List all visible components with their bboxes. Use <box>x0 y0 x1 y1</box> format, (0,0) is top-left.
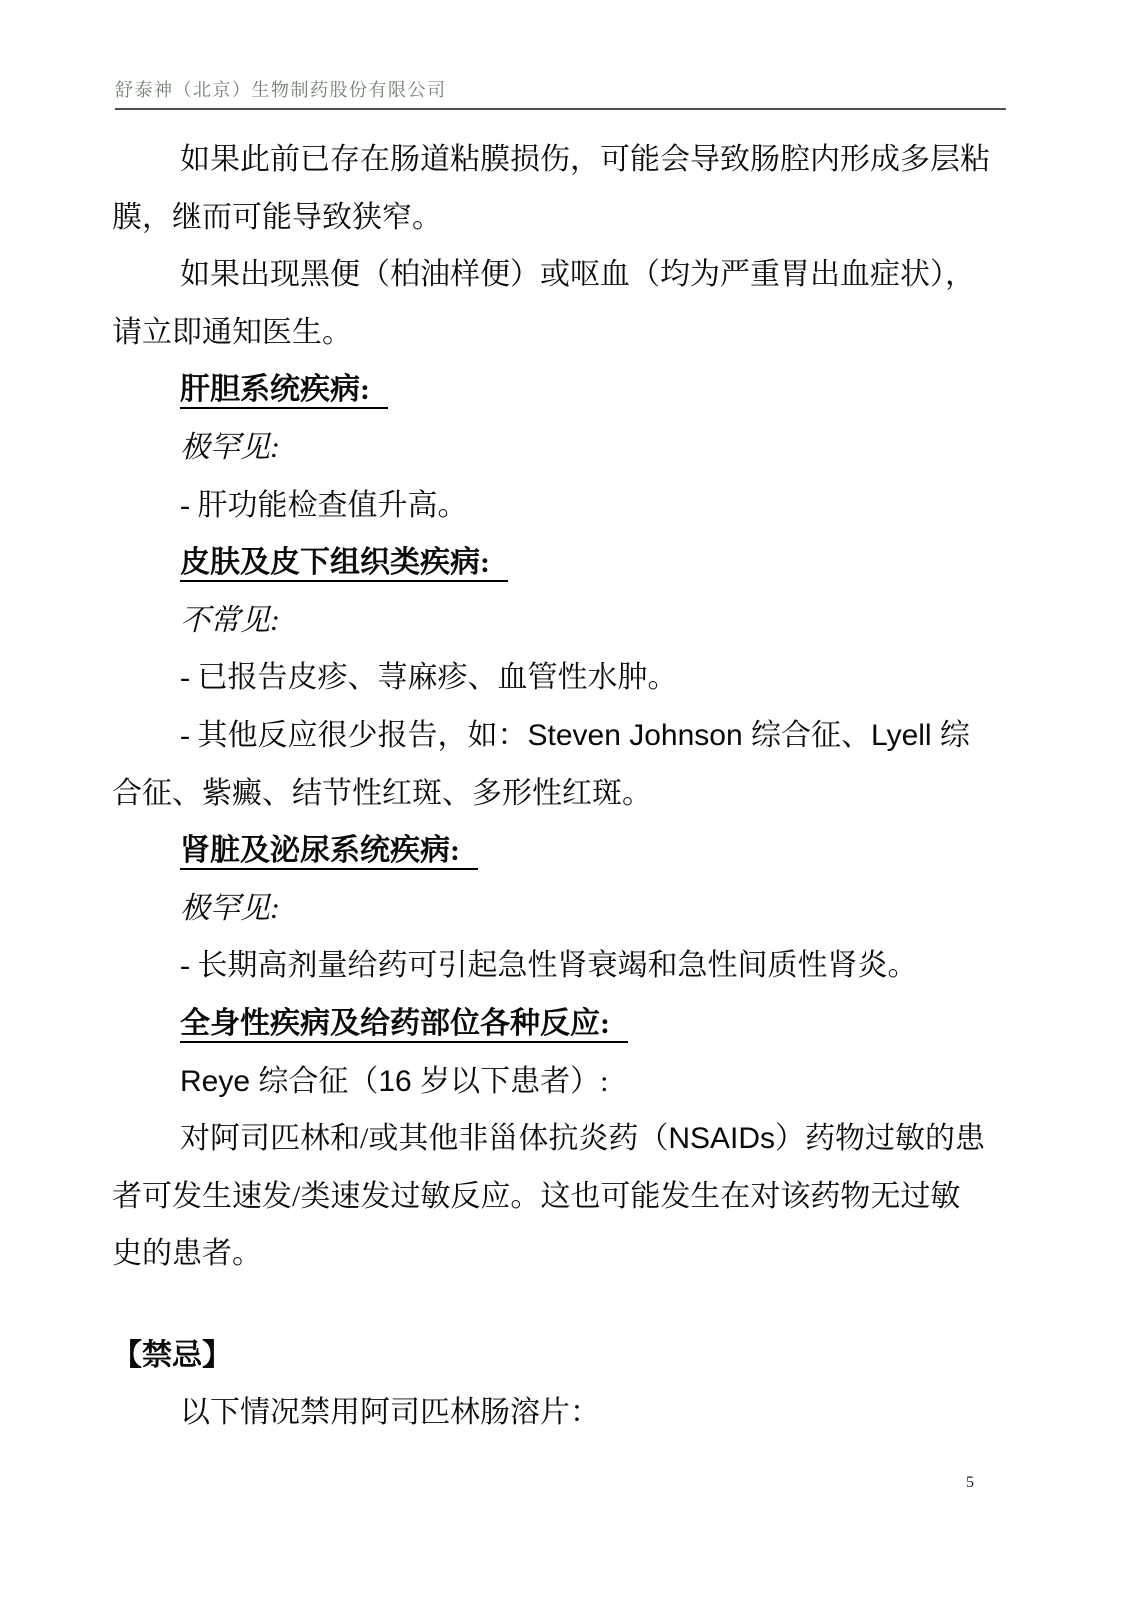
document-line: 极罕见: <box>112 419 1017 477</box>
heading-underlined-text: 皮肤及皮下组织类疾病: <box>180 546 508 582</box>
document-line: 合征、紫癜、结节性红斑、多形性红斑。 <box>112 765 1017 823</box>
document-line: 如果出现黑便（柏油样便）或呕血（均为严重胃出血症状）， <box>112 246 1017 304</box>
document-line: - 其他反应很少报告，如：Steven Johnson 综合征、Lyell 综 <box>112 707 1017 765</box>
document-section-heading: 肾脏及泌尿系统疾病: <box>112 822 1017 880</box>
document-line: - 长期高剂量给药可引起急性肾衰竭和急性间质性肾炎。 <box>112 937 1017 995</box>
document-section-heading: 全身性疾病及给药部位各种反应: <box>112 995 1017 1053</box>
document-line: 请立即通知医生。 <box>112 304 1017 362</box>
heading-underlined-text: 肝胆系统疾病: <box>180 373 388 409</box>
document-line: 者可发生速发/类速发过敏反应。这也可能发生在对该药物无过敏 <box>112 1168 1017 1226</box>
document-section-heading: 皮肤及皮下组织类疾病: <box>112 534 1017 592</box>
page-header-company-name: 舒泰神（北京）生物制药股份有限公司 <box>115 76 1006 110</box>
document-line: - 肝功能检查值升高。 <box>112 477 1017 535</box>
document-line: 如果此前已存在肠道粘膜损伤，可能会导致肠腔内形成多层粘 <box>112 131 1017 189</box>
heading-underlined-text: 肾脏及泌尿系统疾病: <box>180 834 478 870</box>
document-line: 以下情况禁用阿司匹林肠溶片： <box>112 1384 1017 1442</box>
document-line: Reye 综合征（16 岁以下患者）: <box>112 1053 1017 1111</box>
document-line: 不常见: <box>112 592 1017 650</box>
document-page: 舒泰神（北京）生物制药股份有限公司 如果此前已存在肠道粘膜损伤，可能会导致肠腔内… <box>0 0 1131 1600</box>
document-line: 对阿司匹林和/或其他非甾体抗炎药（NSAIDs）药物过敏的患 <box>112 1110 1017 1168</box>
document-section-title: 【禁忌】 <box>112 1327 1017 1385</box>
page-number: 5 <box>966 1474 974 1492</box>
document-line: 史的患者。 <box>112 1225 1017 1283</box>
document-line: - 已报告皮疹、荨麻疹、血管性水肿。 <box>112 649 1017 707</box>
document-section-heading: 肝胆系统疾病: <box>112 361 1017 419</box>
document-lines: 如果此前已存在肠道粘膜损伤，可能会导致肠腔内形成多层粘膜，继而可能导致狭窄。如果… <box>112 131 1017 1442</box>
heading-underlined-text: 全身性疾病及给药部位各种反应: <box>180 1007 628 1043</box>
document-line: 膜，继而可能导致狭窄。 <box>112 189 1017 247</box>
document-line: 极罕见: <box>112 880 1017 938</box>
